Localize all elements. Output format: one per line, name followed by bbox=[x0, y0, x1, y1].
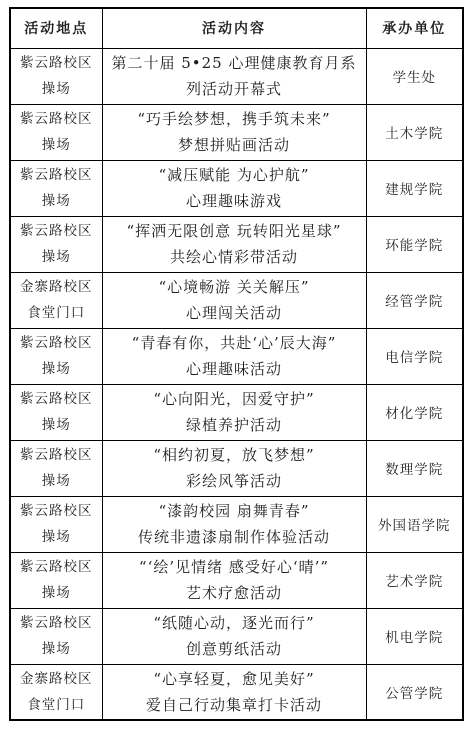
organizer-cell: 机电学院 bbox=[366, 608, 463, 664]
header-activity-location: 活动地点 bbox=[10, 8, 102, 48]
activity-schedule-table-wrap: 活动地点 活动内容 承办单位 紫云路校区 操场 第二十届 5•25 心理健康教育… bbox=[9, 7, 473, 721]
content-title-line: “减压赋能 为心护航” bbox=[103, 162, 366, 188]
location-line-2: 操场 bbox=[11, 132, 102, 158]
activity-location-cell: 紫云路校区 操场 bbox=[10, 496, 102, 552]
activity-content-cell: “‘绘’见情绪 感受好心‘晴’” 艺术疗愈活动 bbox=[102, 552, 366, 608]
content-title-line: 第二十届 5•25 心理健康教育月系 bbox=[103, 50, 366, 76]
location-line-1: 紫云路校区 bbox=[11, 50, 102, 76]
table-row: 紫云路校区 操场 “减压赋能 为心护航” 心理趣味游戏 建规学院 bbox=[10, 160, 463, 216]
organizer-cell: 经管学院 bbox=[366, 272, 463, 328]
activity-location-cell: 紫云路校区 操场 bbox=[10, 608, 102, 664]
activity-location-cell: 金寨路校区 食堂门口 bbox=[10, 272, 102, 328]
table-row: 紫云路校区 操场 “巧手绘梦想，携手筑未来” 梦想拼贴画活动 土木学院 bbox=[10, 104, 463, 160]
location-line-2: 操场 bbox=[11, 244, 102, 270]
content-title-line: “巧手绘梦想，携手筑未来” bbox=[103, 106, 366, 132]
activity-location-cell: 紫云路校区 操场 bbox=[10, 104, 102, 160]
location-line-1: 金寨路校区 bbox=[11, 274, 102, 300]
activity-location-cell: 紫云路校区 操场 bbox=[10, 328, 102, 384]
header-activity-content: 活动内容 bbox=[102, 8, 366, 48]
location-line-1: 紫云路校区 bbox=[11, 162, 102, 188]
activity-content-cell: “漆韵校园 扇舞青春” 传统非遗漆扇制作体验活动 bbox=[102, 496, 366, 552]
content-desc-line: 心理闯关活动 bbox=[103, 300, 366, 326]
header-organizer: 承办单位 bbox=[366, 8, 463, 48]
content-title-line: “‘绘’见情绪 感受好心‘晴’” bbox=[103, 554, 366, 580]
content-desc-line: 心理趣味游戏 bbox=[103, 188, 366, 214]
content-desc-line: 共绘心情彩带活动 bbox=[103, 244, 366, 270]
organizer-cell: 电信学院 bbox=[366, 328, 463, 384]
organizer-cell: 建规学院 bbox=[366, 160, 463, 216]
activity-location-cell: 金寨路校区 食堂门口 bbox=[10, 664, 102, 720]
location-line-1: 紫云路校区 bbox=[11, 554, 102, 580]
activity-content-cell: “挥洒无限创意 玩转阳光星球” 共绘心情彩带活动 bbox=[102, 216, 366, 272]
activity-content-cell: “相约初夏，放飞梦想” 彩绘风筝活动 bbox=[102, 440, 366, 496]
organizer-cell: 学生处 bbox=[366, 48, 463, 104]
location-line-1: 金寨路校区 bbox=[11, 666, 102, 692]
organizer-cell: 外国语学院 bbox=[366, 496, 463, 552]
location-line-1: 紫云路校区 bbox=[11, 386, 102, 412]
activity-content-cell: 第二十届 5•25 心理健康教育月系 列活动开幕式 bbox=[102, 48, 366, 104]
organizer-cell: 艺术学院 bbox=[366, 552, 463, 608]
location-line-1: 紫云路校区 bbox=[11, 106, 102, 132]
activity-content-cell: “心享轻夏，愈见美好” 爱自己行动集章打卡活动 bbox=[102, 664, 366, 720]
table-row: 紫云路校区 操场 第二十届 5•25 心理健康教育月系 列活动开幕式 学生处 bbox=[10, 48, 463, 104]
content-desc-line: 创意剪纸活动 bbox=[103, 636, 366, 662]
content-title-line: “漆韵校园 扇舞青春” bbox=[103, 498, 366, 524]
content-title-line: “相约初夏，放飞梦想” bbox=[103, 442, 366, 468]
table-row: 紫云路校区 操场 “‘绘’见情绪 感受好心‘晴’” 艺术疗愈活动 艺术学院 bbox=[10, 552, 463, 608]
table-row: 金寨路校区 食堂门口 “心享轻夏，愈见美好” 爱自己行动集章打卡活动 公管学院 bbox=[10, 664, 463, 720]
content-desc-line: 传统非遗漆扇制作体验活动 bbox=[103, 524, 366, 550]
activity-location-cell: 紫云路校区 操场 bbox=[10, 440, 102, 496]
location-line-2: 操场 bbox=[11, 76, 102, 102]
table-row: 紫云路校区 操场 “相约初夏，放飞梦想” 彩绘风筝活动 数理学院 bbox=[10, 440, 463, 496]
organizer-cell: 土木学院 bbox=[366, 104, 463, 160]
table-row: 紫云路校区 操场 “青春有你，共赴‘心’辰大海” 心理趣味活动 电信学院 bbox=[10, 328, 463, 384]
table-row: 紫云路校区 操场 “心向阳光，因爱守护” 绿植养护活动 材化学院 bbox=[10, 384, 463, 440]
activity-location-cell: 紫云路校区 操场 bbox=[10, 48, 102, 104]
location-line-2: 操场 bbox=[11, 412, 102, 438]
content-desc-line: 爱自己行动集章打卡活动 bbox=[103, 692, 366, 718]
content-desc-line: 艺术疗愈活动 bbox=[103, 580, 366, 606]
location-line-1: 紫云路校区 bbox=[11, 442, 102, 468]
organizer-cell: 数理学院 bbox=[366, 440, 463, 496]
activity-content-cell: “纸随心动，逐光而行” 创意剪纸活动 bbox=[102, 608, 366, 664]
table-row: 紫云路校区 操场 “挥洒无限创意 玩转阳光星球” 共绘心情彩带活动 环能学院 bbox=[10, 216, 463, 272]
location-line-2: 操场 bbox=[11, 524, 102, 550]
activity-content-cell: “心向阳光，因爱守护” 绿植养护活动 bbox=[102, 384, 366, 440]
location-line-2: 操场 bbox=[11, 188, 102, 214]
location-line-1: 紫云路校区 bbox=[11, 610, 102, 636]
activity-content-cell: “心境畅游 关关解压” 心理闯关活动 bbox=[102, 272, 366, 328]
activity-location-cell: 紫云路校区 操场 bbox=[10, 552, 102, 608]
table-header-row: 活动地点 活动内容 承办单位 bbox=[10, 8, 463, 48]
location-line-2: 食堂门口 bbox=[11, 300, 102, 326]
activity-content-cell: “减压赋能 为心护航” 心理趣味游戏 bbox=[102, 160, 366, 216]
organizer-cell: 环能学院 bbox=[366, 216, 463, 272]
activity-location-cell: 紫云路校区 操场 bbox=[10, 384, 102, 440]
content-title-line: “心向阳光，因爱守护” bbox=[103, 386, 366, 412]
content-desc-line: 绿植养护活动 bbox=[103, 412, 366, 438]
table-row: 金寨路校区 食堂门口 “心境畅游 关关解压” 心理闯关活动 经管学院 bbox=[10, 272, 463, 328]
content-title-line: “挥洒无限创意 玩转阳光星球” bbox=[103, 218, 366, 244]
organizer-cell: 材化学院 bbox=[366, 384, 463, 440]
location-line-2: 食堂门口 bbox=[11, 692, 102, 718]
activity-schedule-table: 活动地点 活动内容 承办单位 紫云路校区 操场 第二十届 5•25 心理健康教育… bbox=[9, 7, 464, 721]
location-line-1: 紫云路校区 bbox=[11, 218, 102, 244]
content-desc-line: 梦想拼贴画活动 bbox=[103, 132, 366, 158]
content-title-line: “心境畅游 关关解压” bbox=[103, 274, 366, 300]
table-row: 紫云路校区 操场 “漆韵校园 扇舞青春” 传统非遗漆扇制作体验活动 外国语学院 bbox=[10, 496, 463, 552]
location-line-1: 紫云路校区 bbox=[11, 330, 102, 356]
content-desc-line: 彩绘风筝活动 bbox=[103, 468, 366, 494]
table-row: 紫云路校区 操场 “纸随心动，逐光而行” 创意剪纸活动 机电学院 bbox=[10, 608, 463, 664]
content-desc-line: 心理趣味活动 bbox=[103, 356, 366, 382]
content-title-line: “纸随心动，逐光而行” bbox=[103, 610, 366, 636]
content-title-line: “心享轻夏，愈见美好” bbox=[103, 666, 366, 692]
location-line-2: 操场 bbox=[11, 580, 102, 606]
activity-content-cell: “青春有你，共赴‘心’辰大海” 心理趣味活动 bbox=[102, 328, 366, 384]
organizer-cell: 公管学院 bbox=[366, 664, 463, 720]
location-line-2: 操场 bbox=[11, 356, 102, 382]
activity-content-cell: “巧手绘梦想，携手筑未来” 梦想拼贴画活动 bbox=[102, 104, 366, 160]
content-title-line: “青春有你，共赴‘心’辰大海” bbox=[103, 330, 366, 356]
location-line-2: 操场 bbox=[11, 468, 102, 494]
content-desc-line: 列活动开幕式 bbox=[103, 76, 366, 102]
location-line-2: 操场 bbox=[11, 636, 102, 662]
location-line-1: 紫云路校区 bbox=[11, 498, 102, 524]
activity-location-cell: 紫云路校区 操场 bbox=[10, 160, 102, 216]
activity-location-cell: 紫云路校区 操场 bbox=[10, 216, 102, 272]
